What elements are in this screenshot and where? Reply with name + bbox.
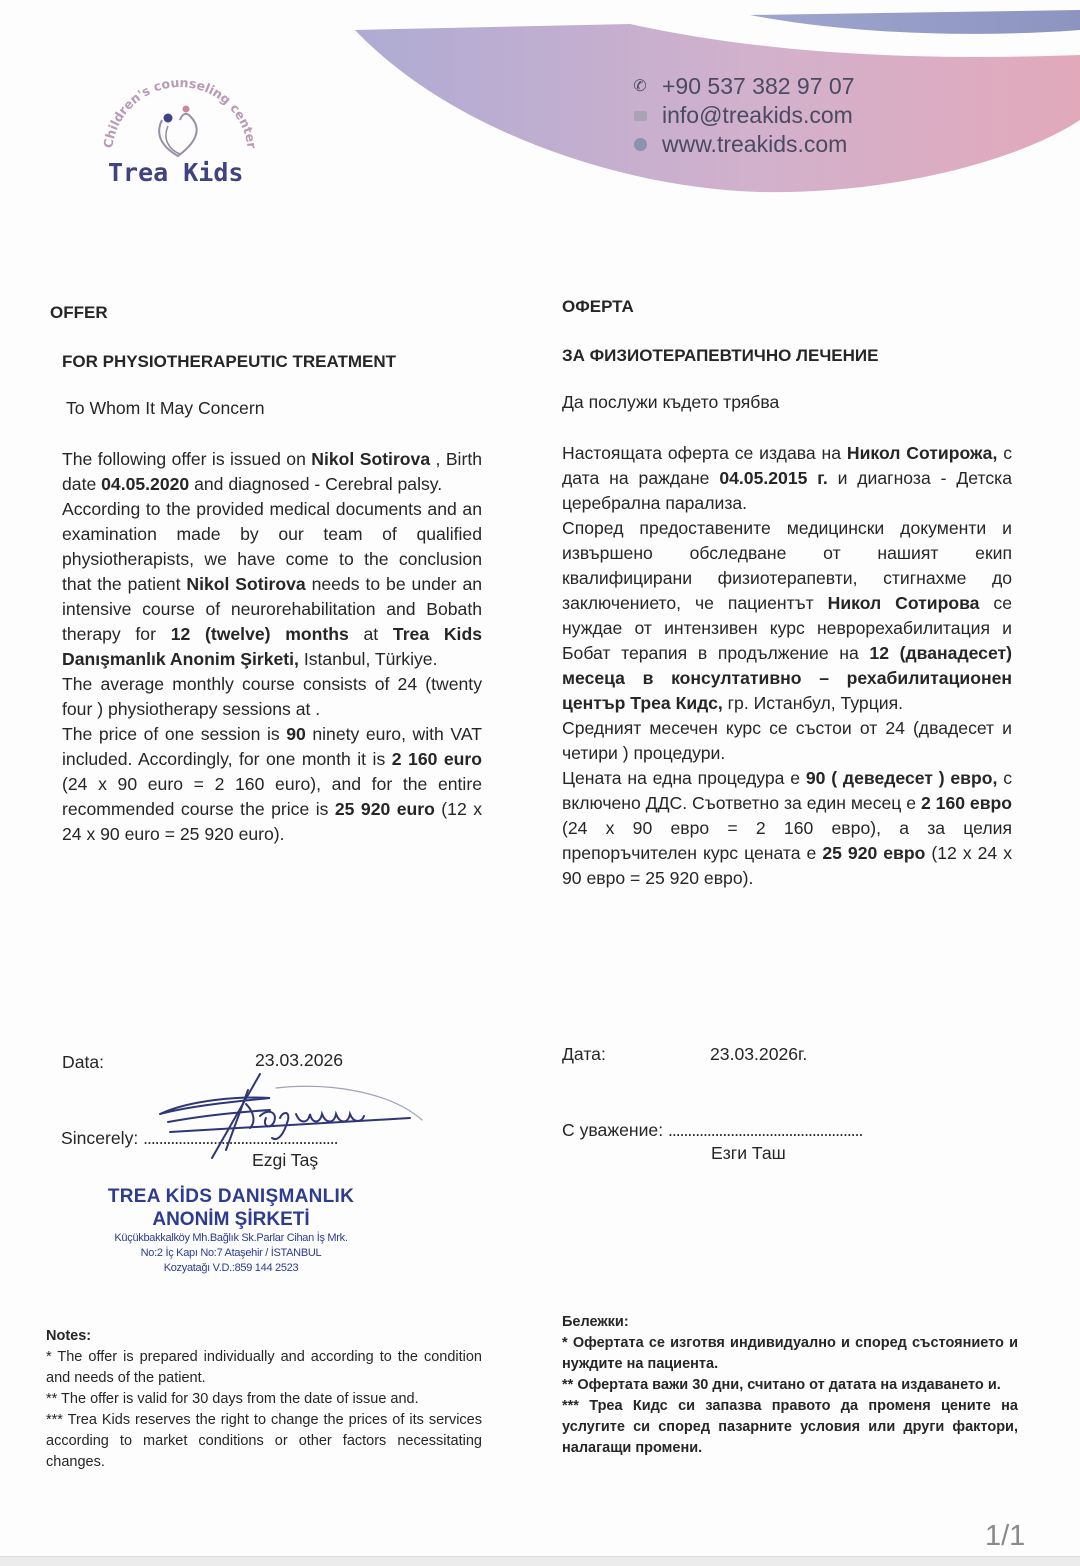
phone-icon: ✆ [630, 72, 650, 101]
company-stamp: TREA KİDS DANIŞMANLIK ANONİM ŞİRKETİ Küç… [96, 1186, 366, 1276]
greeting-bg: Да послужи където трябва [562, 390, 1012, 415]
trea-kids-logo: Children's counseling center Trea Kids [90, 60, 270, 200]
date-label: Data: [62, 1052, 104, 1073]
bulgarian-column: ОФЕРТА ЗА ФИЗИОТЕРАПЕВТИЧНО ЛЕЧЕНИЕ Да п… [562, 294, 1012, 891]
viewer-bottom-bar [0, 1556, 1080, 1566]
contact-phone: ✆ +90 537 382 97 07 [630, 72, 855, 101]
stamp-address-1: Küçükbakkalköy Mh.Bağlık Sk.Parlar Cihan… [96, 1231, 366, 1246]
paragraph-price-bg: Цената на една процедура е 90 ( деведесе… [562, 766, 1012, 891]
signer-name-bg: Езги Таш [711, 1143, 786, 1164]
note-item-bg: ** Офертата важи 30 дни, считано от дата… [562, 1375, 1018, 1396]
notes-title-bg: Бележки: [562, 1312, 1018, 1333]
paragraph-conclusion: According to the provided medical docume… [62, 497, 482, 672]
offer-title: OFFER [50, 300, 482, 325]
note-item-bg: *** Треа Кидс си запазва правото да пром… [562, 1396, 1018, 1459]
handwritten-signature [150, 1072, 440, 1162]
offer-body: The following offer is issued on Nikol S… [62, 447, 482, 847]
logo-name: Trea Kids [108, 158, 243, 187]
offer-body-bg: Настоящата оферта се издава на Никол Сот… [562, 441, 1012, 891]
page-indicator: 1/1 [985, 1520, 1025, 1553]
globe-icon [630, 138, 650, 151]
contact-website: www.treakids.com [630, 130, 855, 159]
issue-date-bg: 23.03.2026г. [710, 1044, 807, 1065]
notes-bulgarian: Бележки: * Офертата се изготвя индивидуа… [562, 1312, 1018, 1459]
paragraph-sessions-bg: Средният месечен курс се състои от 24 (д… [562, 716, 1012, 766]
note-item: ** The offer is valid for 30 days from t… [46, 1389, 482, 1410]
heart-family-icon [159, 106, 197, 157]
paragraph-conclusion-bg: Според предоставените медицински докумен… [562, 516, 1012, 716]
offer-subtitle: FOR PHYSIOTHERAPEUTIC TREATMENT [62, 349, 482, 374]
paragraph-price: The price of one session is 90 ninety eu… [62, 722, 482, 847]
sincerely-label-bg: С уважение: ............................… [562, 1120, 862, 1141]
date-label-bg: Дата: [562, 1044, 606, 1065]
contact-info: ✆ +90 537 382 97 07 info@treakids.com ww… [630, 72, 855, 159]
english-column: OFFER FOR PHYSIOTHERAPEUTIC TREATMENT To… [62, 300, 482, 847]
contact-email: info@treakids.com [630, 101, 855, 130]
paragraph-patient: The following offer is issued on Nikol S… [62, 447, 482, 497]
mail-icon [630, 111, 650, 121]
paragraph-patient-bg: Настоящата оферта се издава на Никол Сот… [562, 441, 1012, 516]
stamp-tax-id: Kozyatağı V.D.:859 144 2523 [96, 1261, 366, 1276]
issue-date: 23.03.2026 [255, 1050, 343, 1071]
offer-title-bg: ОФЕРТА [562, 294, 1012, 319]
stamp-company-type: ANONİM ŞİRKETİ [96, 1209, 366, 1231]
notes-title: Notes: [46, 1326, 482, 1347]
greeting: To Whom It May Concern [66, 396, 482, 421]
email-address: info@treakids.com [662, 101, 853, 130]
note-item: *** Trea Kids reserves the right to chan… [46, 1410, 482, 1473]
svg-text:Children's counseling center: Children's counseling center [100, 75, 260, 150]
stamp-address-2: No:2 İç Kapı No:7 Ataşehir / İSTANBUL [96, 1246, 366, 1261]
website-url: www.treakids.com [662, 130, 847, 159]
note-item: * The offer is prepared individually and… [46, 1347, 482, 1389]
paragraph-sessions: The average monthly course consists of 2… [62, 672, 482, 722]
notes-english: Notes: * The offer is prepared individua… [46, 1326, 482, 1473]
document-page: Children's counseling center Trea Kids ✆… [0, 0, 1080, 1556]
stamp-company-name: TREA KİDS DANIŞMANLIK [96, 1186, 366, 1208]
offer-subtitle-bg: ЗА ФИЗИОТЕРАПЕВТИЧНО ЛЕЧЕНИЕ [562, 343, 1012, 368]
phone-number: +90 537 382 97 07 [662, 72, 855, 101]
note-item-bg: * Офертата се изготвя индивидуално и спо… [562, 1333, 1018, 1375]
